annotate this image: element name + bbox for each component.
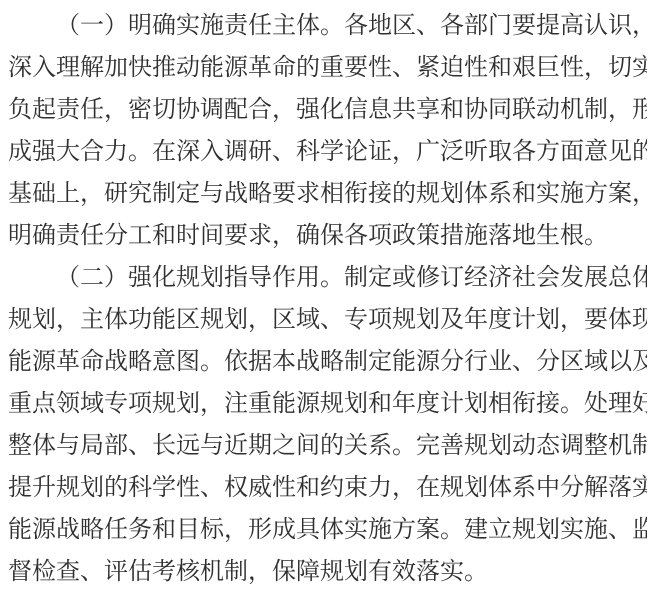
- text-line: （二）强化规划指导作用。制定或修订经济社会发展总体: [8, 257, 647, 299]
- text-line: 负起责任，密切协调配合，强化信息共享和协同联动机制，形: [8, 89, 647, 131]
- text-line: 深入理解加快推动能源革命的重要性、紧迫性和艰巨性，切实: [8, 47, 647, 89]
- text-line: 重点领域专项规划，注重能源规划和年度计划相衔接。处理好: [8, 383, 647, 425]
- text-line: （一）明确实施责任主体。各地区、各部门要提高认识，: [8, 5, 647, 47]
- text-line: 明确责任分工和时间要求，确保各项政策措施落地生根。: [8, 215, 647, 257]
- text-line: 整体与局部、长远与近期之间的关系。完善规划动态调整机制，: [8, 425, 647, 467]
- text-line: 能源战略任务和目标，形成具体实施方案。建立规划实施、监: [8, 509, 647, 551]
- text-line: 能源革命战略意图。依据本战略制定能源分行业、分区域以及: [8, 341, 647, 383]
- text-line: 成强大合力。在深入调研、科学论证，广泛听取各方面意见的: [8, 131, 647, 173]
- text-line: 督检查、评估考核机制，保障规划有效落实。: [8, 551, 647, 593]
- document-page: （一）明确实施责任主体。各地区、各部门要提高认识， 深入理解加快推动能源革命的重…: [0, 0, 654, 593]
- text-line: 基础上，研究制定与战略要求相衔接的规划体系和实施方案，: [8, 173, 647, 215]
- text-line: 提升规划的科学性、权威性和约束力，在规划体系中分解落实: [8, 467, 647, 509]
- text-line: 规划，主体功能区规划，区域、专项规划及年度计划，要体现: [8, 299, 647, 341]
